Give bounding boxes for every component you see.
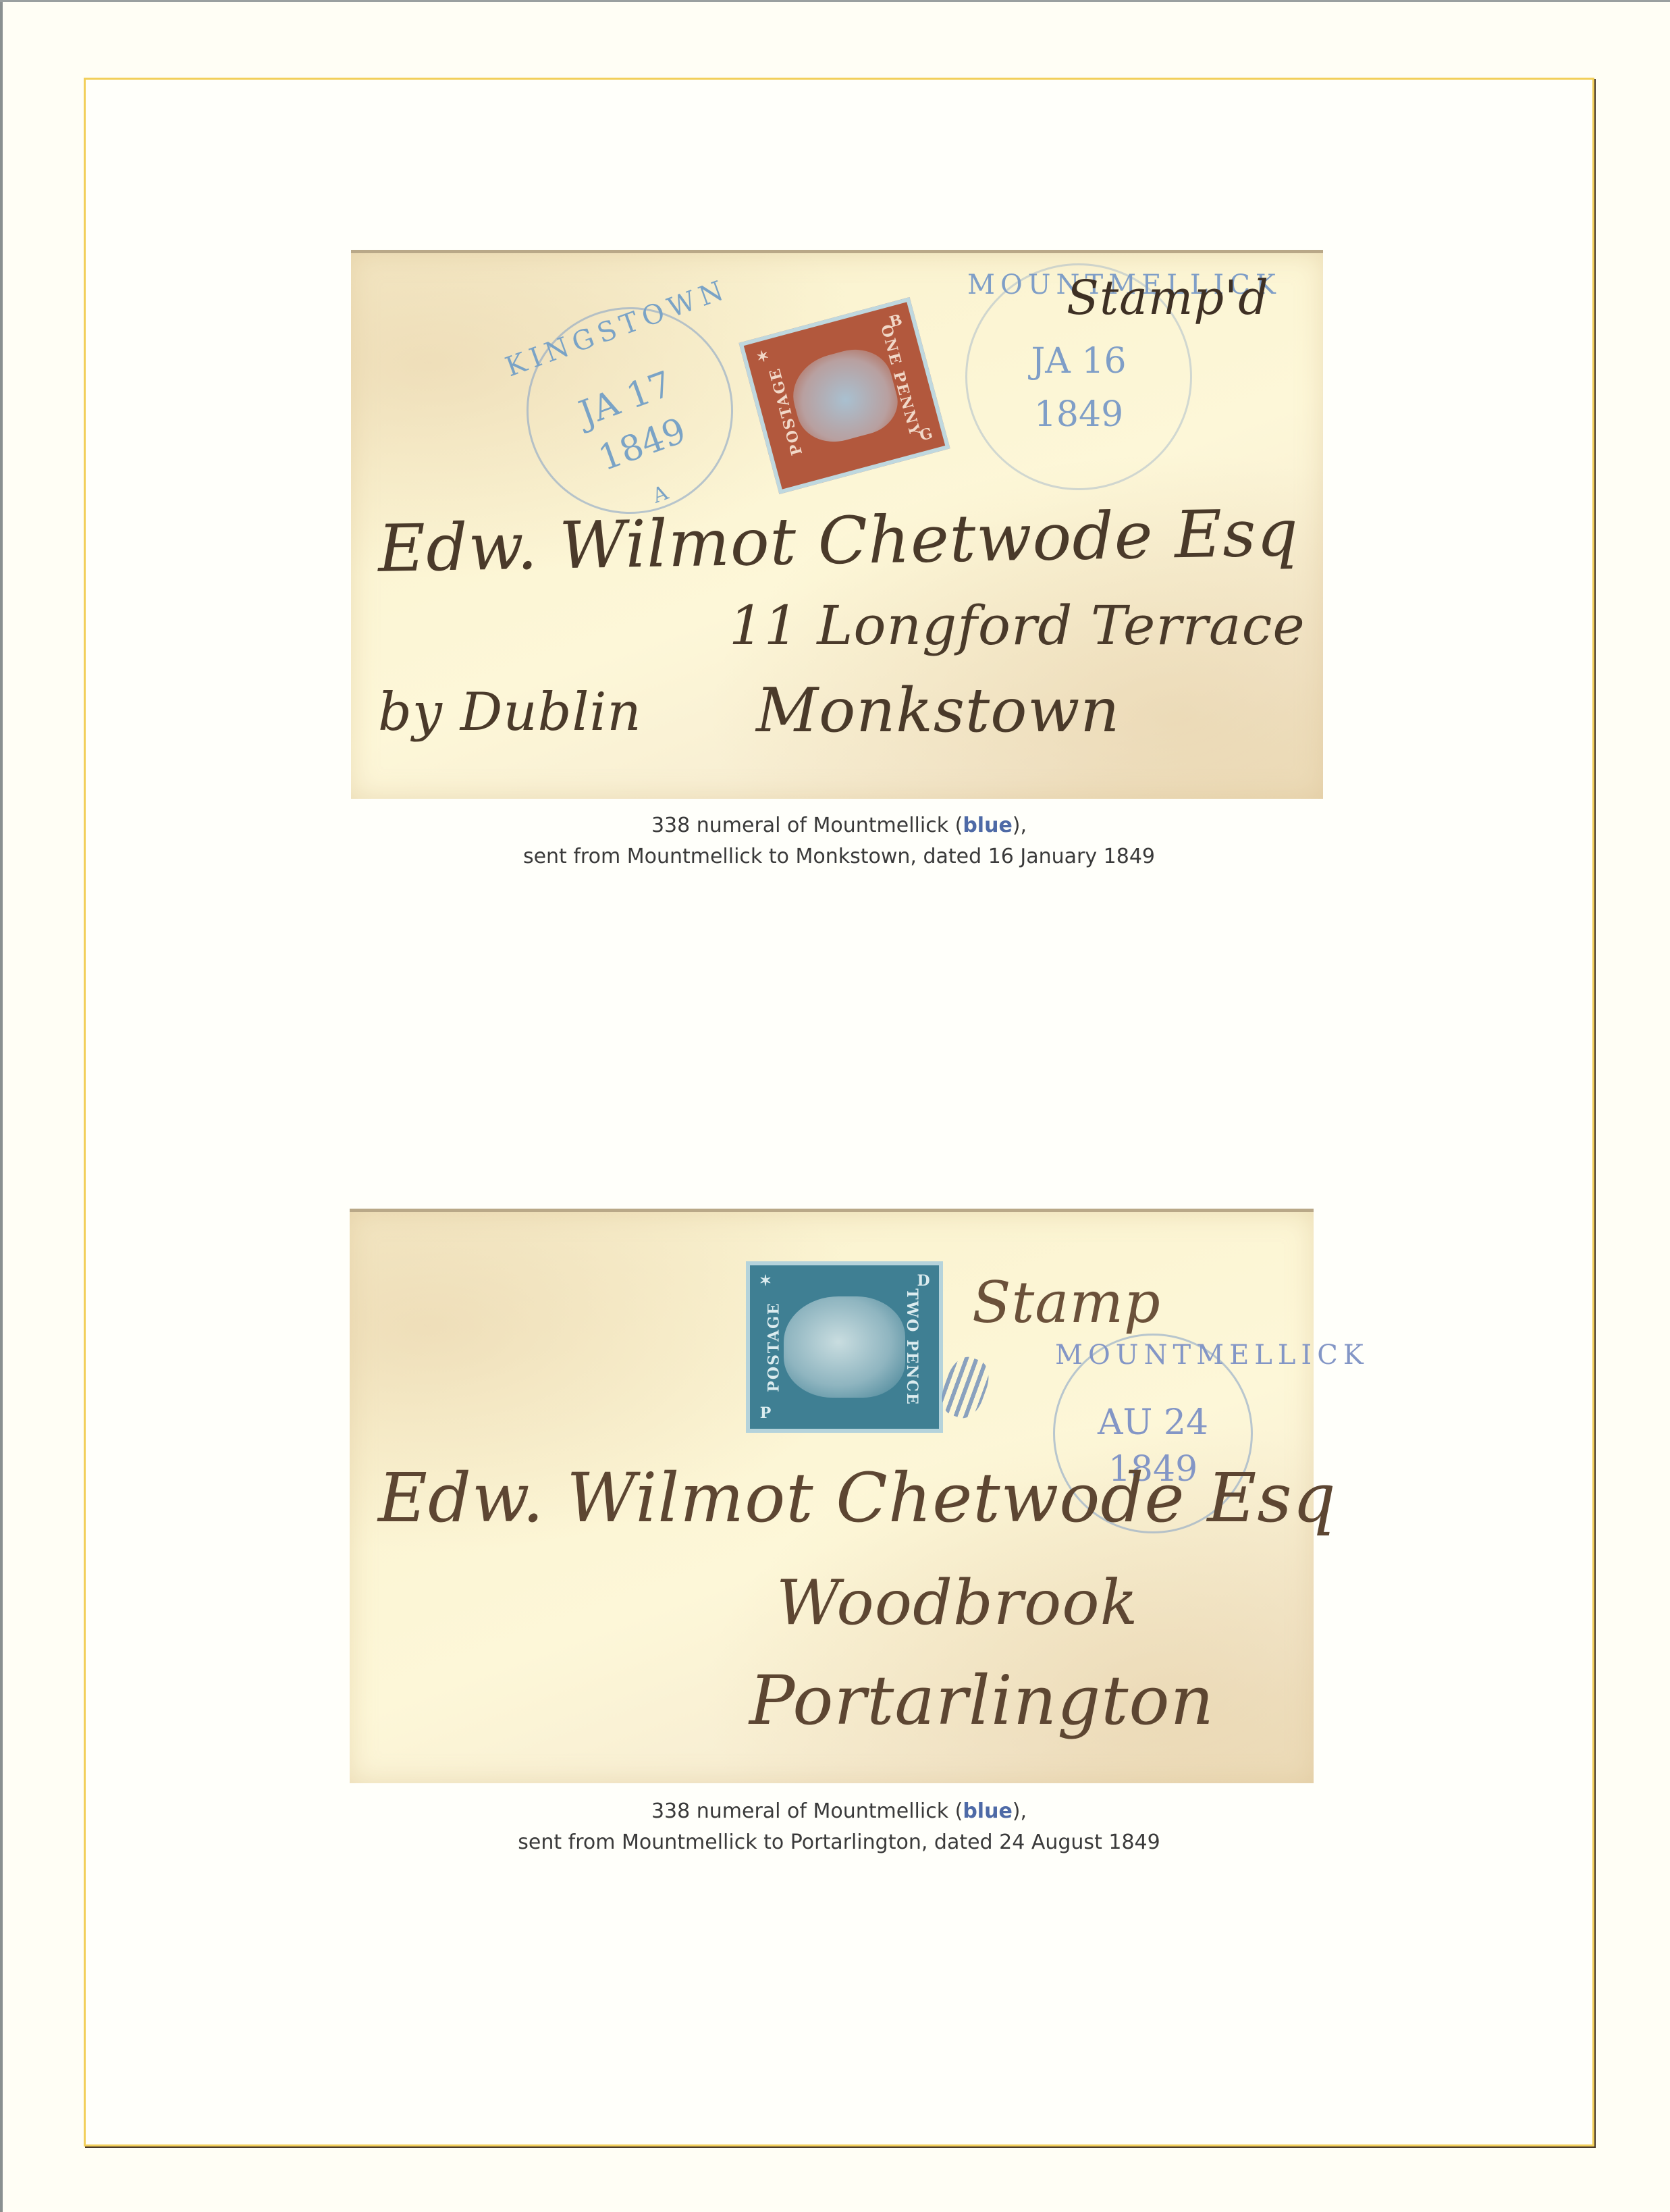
stamp-right-text: TWO PENCE (904, 1288, 921, 1406)
two-pence-blue-stamp: POSTAGE TWO PENCE D P ✶ (746, 1261, 943, 1433)
scan-edge-top (0, 0, 1670, 2)
caption-line-2: sent from Mountmellick to Monkstown, dat… (84, 841, 1594, 872)
stamp-corner-letter: P (755, 1403, 776, 1423)
caption-highlight: blue (963, 1799, 1012, 1823)
routing-note: by Dublin (378, 682, 642, 743)
cover-caption: 338 numeral of Mountmellick (blue), sent… (84, 1796, 1594, 1858)
addressee-town: Monkstown (756, 675, 1120, 746)
manuscript-note: Stamp'd (1067, 270, 1269, 325)
stamp-corner-letter: G (914, 422, 939, 447)
postmark-year: 1849 (967, 394, 1190, 435)
postmark-town: MOUNTMELLICK (1055, 1340, 1251, 1371)
addressee-name: Edw. Wilmot Chetwode Esq (377, 495, 1299, 587)
caption-highlight: blue (963, 814, 1012, 837)
addressee-town: Portarlington (749, 1661, 1214, 1740)
star-icon: ✶ (751, 344, 776, 369)
queen-head-icon (784, 1296, 905, 1398)
addressee-name: Edw. Wilmot Chetwode Esq (378, 1458, 1337, 1537)
scan-edge-left (0, 0, 3, 2212)
caption-line-1: 338 numeral of Mountmellick (blue), (84, 810, 1594, 841)
addressee-street: 11 Longford Terrace (729, 594, 1305, 657)
stamp-left-text: POSTAGE (765, 1302, 782, 1392)
star-icon: ✶ (755, 1271, 776, 1291)
caption-line-1: 338 numeral of Mountmellick (blue), (84, 1796, 1594, 1827)
caption-line-2: sent from Mountmellick to Portarlington,… (84, 1827, 1594, 1858)
manuscript-note: Stamp (972, 1269, 1161, 1336)
cover-caption: 338 numeral of Mountmellick (blue), sent… (84, 810, 1594, 872)
stamp-corner-letter: B (884, 309, 909, 334)
stamp-corner-letter: D (913, 1271, 934, 1291)
postmark-date: AU 24 (1055, 1402, 1251, 1443)
postmark-date: JA 16 (967, 341, 1190, 381)
addressee-street: Woodbrook (776, 1566, 1138, 1639)
